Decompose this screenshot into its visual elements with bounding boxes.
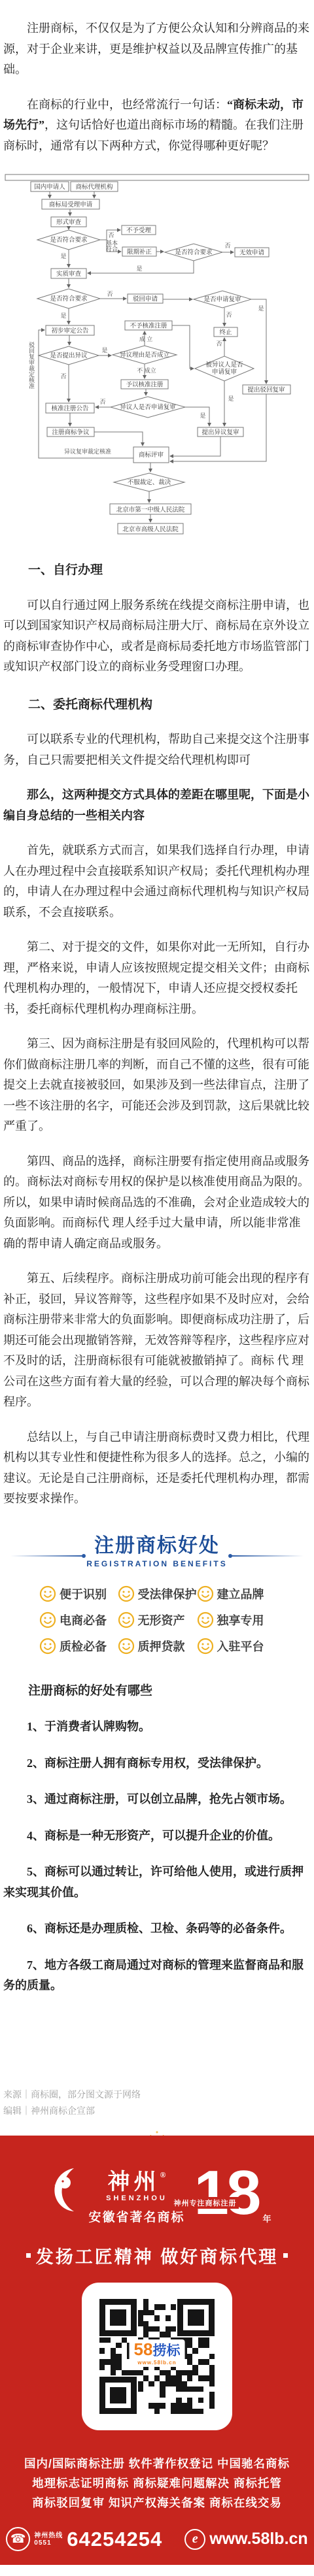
deco-dot — [228, 1554, 232, 1558]
qr-finder-bottomleft — [99, 2377, 137, 2414]
smiley-icon — [197, 1638, 214, 1655]
svg-text:是: 是 — [60, 253, 66, 259]
qr-card: 58捞标 www.58lb.cn — [82, 2283, 232, 2430]
benefit-item: 质检必备 — [39, 1638, 118, 1655]
brand-name: 神州 — [108, 2170, 160, 2194]
svg-text:申请复审: 申请复审 — [212, 368, 237, 376]
list-item: 6、商标还是办理质检、卫检、条码等的必备条件。 — [3, 1919, 311, 1940]
svg-text:提出驳回复审: 提出驳回复审 — [247, 386, 285, 394]
qr-center-logo: 58捞标 www.58lb.cn — [130, 2339, 185, 2367]
hotline-number: 64254254 — [67, 2528, 162, 2551]
smiley-icon — [118, 1638, 135, 1655]
qr-finder-topright — [177, 2299, 215, 2336]
smiley-icon — [118, 1585, 135, 1602]
paragraph-agency: 可以联系专业的代理机构，帮助自己来提交这个注册事务，自己只需要把相关文件提交给代… — [3, 729, 311, 770]
smiley-icon — [39, 1611, 56, 1628]
services-line: 商标驳回复审 知识产权海关备案 商标在线交易 — [0, 2493, 314, 2513]
bottom-white-strip — [0, 2565, 314, 2576]
svg-text:北京市高级人民法院: 北京市高级人民法院 — [122, 525, 179, 533]
smiley-icon — [39, 1638, 56, 1655]
anniversary-band: 神州专注商标注册 — [172, 2197, 239, 2209]
smiley-icon — [118, 1611, 135, 1628]
svg-text:否: 否 — [108, 232, 114, 239]
benefit-label: 独享专用 — [217, 1611, 264, 1628]
svg-text:是否符合要求: 是否符合要求 — [175, 248, 212, 256]
svg-text:注册商标争议: 注册商标争议 — [52, 429, 90, 437]
svg-text:否: 否 — [99, 399, 105, 405]
svg-text:是: 是 — [60, 312, 66, 319]
qr-finder-topleft — [99, 2299, 137, 2336]
benefits-list-heading: 注册商标的好处有哪些 — [3, 1681, 311, 1702]
article-body: 注册商标，不仅仅是为了方便公众认知和分辨商品的来源，对于企业来讲，更是维护权益以… — [0, 0, 314, 156]
article-page: 注册商标，不仅仅是为了方便公众认知和分辨商品的来源，对于企业来讲，更是维护权益以… — [0, 0, 314, 2576]
svg-text:无效申请: 无效申请 — [239, 249, 265, 257]
svg-text:是: 是 — [136, 265, 142, 272]
benefit-item: 入驻平台 — [197, 1638, 275, 1655]
svg-text:驳回申请: 驳回申请 — [133, 295, 158, 303]
svg-text:北京市第一中级人民法院: 北京市第一中级人民法院 — [116, 506, 185, 514]
svg-text:不服裁定、裁决: 不服裁定、裁决 — [128, 478, 171, 486]
svg-text:实质审查: 实质审查 — [56, 270, 82, 278]
smiley-icon — [39, 1585, 56, 1602]
brand-honor: 安徽省著名商标 — [88, 2207, 184, 2225]
intro-paragraph: 注册商标，不仅仅是为了方便公众认知和分辨商品的来源，对于企业来讲，更是维护权益以… — [3, 18, 311, 80]
list-item: 3、通过商标注册，可以创立品牌，抢先占领市场。 — [3, 1789, 311, 1810]
svg-text:否: 否 — [224, 242, 230, 249]
svg-text:不 成立: 不 成立 — [137, 367, 156, 374]
benefits-section: 注册商标好处 REGISTRATION BENEFITS 便于识别 受法律保护 … — [0, 1529, 314, 1655]
registered-mark: ® — [160, 2170, 166, 2179]
brand-name-en: SHENZHOU — [106, 2194, 167, 2202]
benefit-item: 独享专用 — [197, 1611, 275, 1628]
svg-text:否: 否 — [60, 373, 66, 380]
quote-pre: 在商标的行业中，也经常流行一句话： — [27, 98, 227, 111]
benefit-item: 建立品牌 — [197, 1585, 275, 1602]
anniversary-number: 18 — [194, 2158, 259, 2228]
promo-footer: 神州® SHENZHOU 安徽省著名商标 18 神州专注商标注册 年 发扬工匠精… — [0, 2136, 314, 2576]
svg-text:异议人是否申请复审: 异议人是否申请复审 — [120, 403, 176, 411]
svg-text:是否申请复审: 是否申请复审 — [203, 295, 241, 303]
qr-logo-site: www.58lb.cn — [134, 2360, 181, 2366]
paragraph-self-apply: 可以自行通过网上服务系统在线提交商标注册申请，也可以到国家知识产权局商标局注册大… — [3, 595, 311, 678]
contact-row: ☎ 神州热线 0551 64254254 e www.58lb.cn — [0, 2527, 314, 2551]
hotline-name: 神州热线 — [34, 2532, 63, 2539]
svg-text:是: 是 — [200, 412, 205, 419]
phone-icon: ☎ — [6, 2527, 30, 2551]
paragraph-comparison-intro: 那么，这两种提交方式具体的差距在哪里呢，下面是小编自身总结的一些相关内容 — [3, 785, 311, 826]
benefit-label: 建立品牌 — [217, 1585, 264, 1602]
svg-text:异议理由是否成立: 异议理由是否成立 — [120, 351, 170, 359]
qr-logo-laobiao: 捞标 — [152, 2343, 180, 2358]
list-item: 5、商标可以通过转让，许可给他人使用，或进行质押来实现其价值。 — [3, 1862, 311, 1903]
heading-self-apply: 一、自行办理 — [3, 560, 311, 581]
benefit-label: 无形资产 — [138, 1611, 185, 1628]
at-icon: e — [184, 2529, 205, 2550]
heading-agency: 二、委托商标代理机构 — [3, 695, 311, 716]
svg-text:是: 是 — [101, 347, 107, 354]
benefits-grid: 便于识别 受法律保护 建立品牌 电商必备 无形资产 独享专用 质检必备 质押贷款… — [39, 1585, 275, 1655]
smiley-icon — [197, 1611, 214, 1628]
website-url: www.58lb.cn — [209, 2530, 308, 2549]
svg-text:商标代理机构: 商标代理机构 — [75, 183, 113, 191]
list-item: 1、于消费者认牌购物。 — [3, 1717, 311, 1738]
svg-text:初步审定公告: 初步审定公告 — [51, 327, 89, 335]
svg-text:符合: 符合 — [106, 245, 118, 252]
flowchart-edge-labels: 否 基本 符合 否 是 是 否 否 是 是 是 否 成 立 不 成立 否 是 否… — [28, 232, 264, 455]
anniversary-unit: 年 — [262, 2212, 271, 2224]
dove-logo-icon — [48, 2163, 86, 2214]
benefit-label: 便于识别 — [60, 1585, 107, 1602]
benefit-label: 质押贷款 — [138, 1638, 185, 1655]
paragraph-fourth: 第四、商品的选择，商标注册要有指定使用商品或服务的。商标法对商标专用权的保护是以… — [3, 1151, 311, 1255]
services-line: 地理标志证明商标 商标疑难问题解决 商标托管 — [0, 2473, 314, 2493]
svg-text:国内申请人: 国内申请人 — [34, 183, 65, 191]
svg-text:提出异议复审: 提出异议复审 — [201, 429, 239, 437]
list-item: 7、地方各级工商局通过对商标的管理来监督商品和服务的质量。 — [3, 1955, 311, 1996]
svg-text:否: 否 — [107, 291, 113, 297]
qr-code[interactable]: 58捞标 www.58lb.cn — [99, 2299, 215, 2414]
svg-text:予以核准注册: 予以核准注册 — [126, 381, 164, 389]
hotline-label: 神州热线 0551 — [34, 2532, 63, 2547]
list-item: 4、商标是一种无形资产，可以提升企业的价值。 — [3, 1826, 311, 1847]
scan-artifact-strip — [5, 174, 309, 180]
quote-paragraph: 在商标的行业中，也经常流行一句话：“商标未动，市场先行”，这句话恰好也道出商标市… — [3, 95, 311, 157]
slogan-bullet — [26, 2253, 31, 2258]
slogan-text: 发扬工匠精神 做好商标代理 — [36, 2243, 279, 2268]
svg-text:是: 是 — [258, 305, 264, 312]
benefits-title: 注册商标好处 — [0, 1529, 314, 1558]
svg-text:异议复审裁定核准: 异议复审裁定核准 — [64, 448, 111, 455]
svg-text:是否符合要求: 是否符合要求 — [50, 295, 87, 303]
svg-text:不予核准注册: 不予核准注册 — [130, 322, 167, 330]
benefit-item: 无形资产 — [118, 1611, 197, 1628]
source-line: 来源｜商标圈，部分图文源于网络 — [3, 2087, 311, 2103]
svg-text:限期补正: 限期补正 — [127, 248, 152, 256]
svg-text:是: 是 — [228, 395, 234, 402]
brand-logo: 神州® SHENZHOU 安徽省著名商标 — [48, 2163, 184, 2225]
benefit-item: 便于识别 — [39, 1585, 118, 1602]
benefit-label: 质检必备 — [60, 1638, 107, 1655]
paragraph-third: 第三、因为商标注册是有驳回风险的，代理机构可以帮你们做商标注册几率的判断，而自己… — [3, 1034, 311, 1137]
svg-text:否: 否 — [226, 312, 232, 318]
services-line: 国内/国际商标注册 软件著作权登记 中国驰名商标 — [0, 2454, 314, 2473]
trademark-process-flowchart: 国内申请人 商标代理机构 商标局受理申请 形式审查 是否符合要求 不予受理 限期… — [0, 171, 314, 538]
paragraph-fifth: 第五、后续程序。商标注册成功前可能会出现的程序有补正，驳回，异议答辩等，这些程序… — [3, 1268, 311, 1413]
smiley-icon — [197, 1585, 214, 1602]
list-item: 2、商标注册人拥有商标专用权，受法律保护。 — [3, 1753, 311, 1774]
svg-text:成 立: 成 立 — [139, 335, 153, 342]
services-list: 国内/国际商标注册 软件著作权登记 中国驰名商标 地理标志证明商标 商标疑难问题… — [0, 2454, 314, 2513]
brand-name-cn: 神州® — [108, 2163, 166, 2194]
editor-line: 编辑｜神州商标企宣部 — [3, 2103, 311, 2119]
qr-logo-58: 58 — [134, 2339, 153, 2359]
website[interactable]: e www.58lb.cn — [184, 2529, 308, 2550]
quote-post: ，这句话恰好也道出商标市场的精髓。在我们注册商标时，通常有以下两种方式，你觉得哪… — [3, 118, 304, 152]
anniversary-mark: 18 神州专注商标注册 年 — [194, 2163, 266, 2228]
svg-text:是否提出异议: 是否提出异议 — [50, 352, 88, 359]
hotline: ☎ 神州热线 0551 64254254 — [6, 2527, 162, 2551]
benefit-item: 电商必备 — [39, 1611, 118, 1628]
benefit-item: 受法律保护 — [118, 1585, 197, 1602]
paragraph-summary: 总结以上，与自己申请注册商标费时又费力相比，代理机构以其专业性和便捷性称为很多人… — [3, 1427, 311, 1510]
svg-text:终止: 终止 — [219, 329, 232, 337]
svg-text:形式审查: 形式审查 — [56, 218, 82, 226]
brand-banner: 神州® SHENZHOU 安徽省著名商标 18 神州专注商标注册 年 发扬工匠精… — [0, 2136, 314, 2565]
brand-texts: 神州® SHENZHOU 安徽省著名商标 — [88, 2163, 184, 2225]
benefit-label: 电商必备 — [60, 1611, 107, 1628]
brand-row: 神州® SHENZHOU 安徽省著名商标 18 神州专注商标注册 年 — [0, 2163, 314, 2228]
paragraph-second: 第二、对于提交的文件，如果你对此一无所知，自行办理，严格来说，申请人应该按照规定… — [3, 937, 311, 1019]
paragraph-first: 首先，就联系方式而言，如果我们选择自行办理，申请人在办理过程中会直接联系知识产权… — [3, 840, 311, 923]
svg-text:商标评审: 商标评审 — [139, 451, 164, 459]
svg-text:商标局受理申请: 商标局受理申请 — [49, 201, 93, 208]
hotline-area-code: 0551 — [34, 2539, 51, 2547]
benefit-label: 入驻平台 — [217, 1638, 264, 1655]
article-meta: 来源｜商标圈，部分图文源于网络 编辑｜神州商标企宣部 — [0, 2087, 314, 2119]
benefits-subtitle: REGISTRATION BENEFITS — [0, 1559, 314, 1568]
svg-text:核准注册公告: 核准注册公告 — [51, 405, 89, 412]
svg-text:驳回复审裁定核准: 驳回复审裁定核准 — [28, 341, 35, 389]
benefits-header: 注册商标好处 REGISTRATION BENEFITS — [0, 1529, 314, 1568]
svg-text:否: 否 — [216, 340, 222, 347]
benefit-item: 质押贷款 — [118, 1638, 197, 1655]
svg-text:是否符合要求: 是否符合要求 — [50, 236, 87, 244]
benefit-label: 受法律保护 — [138, 1585, 197, 1602]
article-body-2: 一、自行办理 可以自行通过网上服务系统在线提交商标注册申请，也可以到国家知识产权… — [0, 539, 314, 1510]
svg-text:不予受理: 不予受理 — [126, 227, 152, 235]
deco-dot — [82, 1554, 86, 1558]
right-deco-line — [230, 1555, 304, 1557]
slogan: 发扬工匠精神 做好商标代理 — [0, 2243, 314, 2268]
benefits-list: 注册商标的好处有哪些 1、于消费者认牌购物。 2、商标注册人拥有商标专用权，受法… — [0, 1681, 314, 1996]
svg-text:被异议人是否: 被异议人是否 — [205, 361, 243, 369]
flowchart-figure: 国内申请人 商标代理机构 商标局受理申请 形式审查 是否符合要求 不予受理 限期… — [0, 171, 314, 538]
slogan-bullet — [283, 2253, 288, 2258]
flowchart-nodes: 国内申请人 商标代理机构 商标局受理申请 形式审查 是否符合要求 不予受理 限期… — [31, 182, 290, 534]
left-deco-line — [10, 1555, 84, 1557]
